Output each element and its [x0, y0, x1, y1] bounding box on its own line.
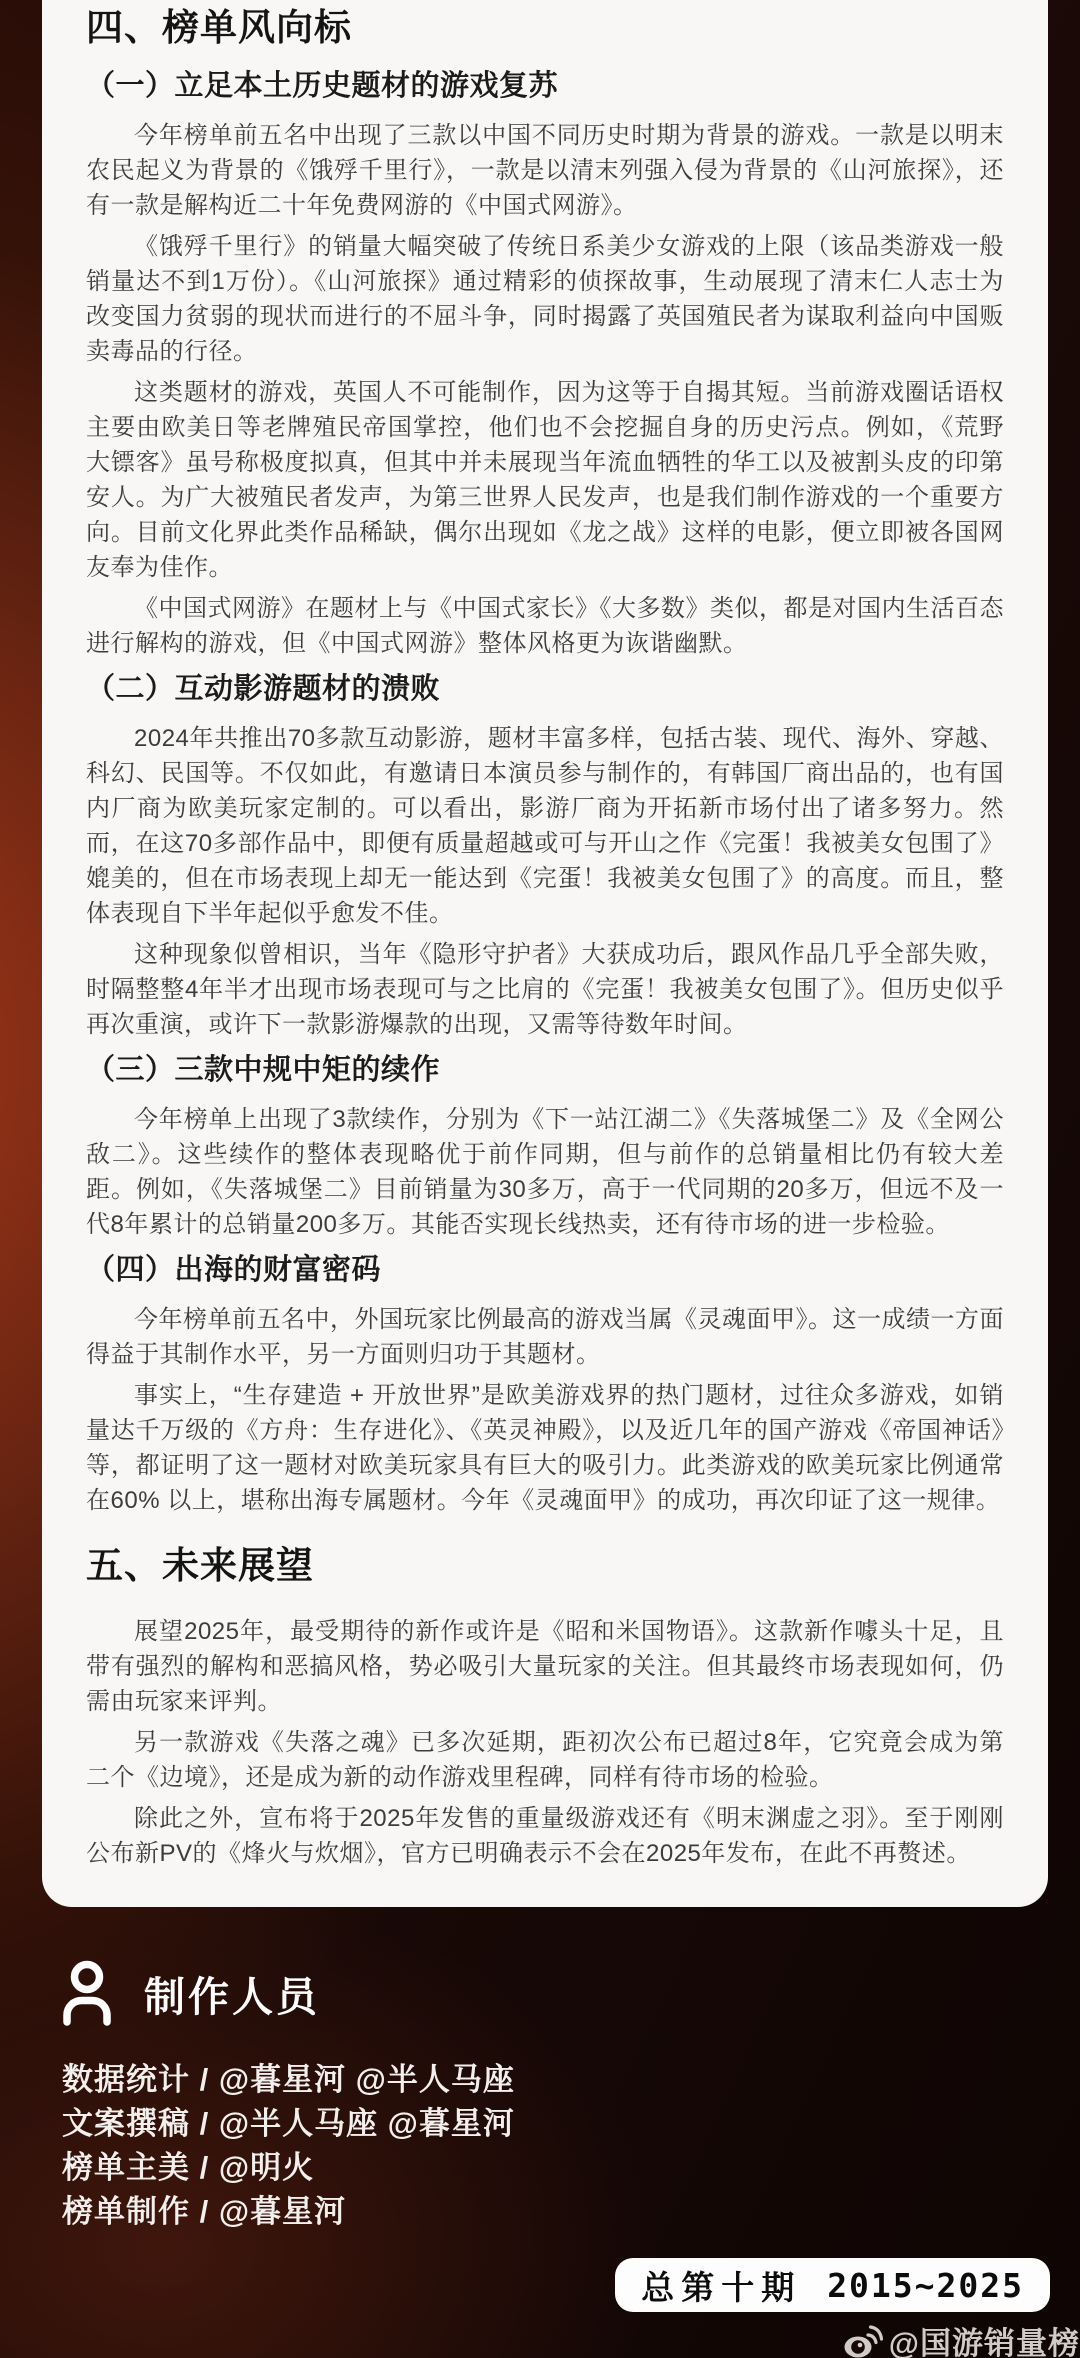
paragraph: 事实上，“生存建造 + 开放世界”是欧美游戏界的热门题材，过往众多游戏，如销量达… [86, 1378, 1004, 1518]
paragraph: 今年榜单前五名中出现了三款以中国不同历史时期为背景的游戏。一款是以明末农民起义为… [86, 118, 1004, 223]
content-card: 四、榜单风向标 （一）立足本土历史题材的游戏复苏 今年榜单前五名中出现了三款以中… [42, 0, 1048, 1907]
section-heading-2: （二）互动影游题材的溃败 [86, 667, 1004, 711]
paragraph: 今年榜单上出现了3款续作，分别为《下一站江湖二》《失落城堡二》及《全网公敌二》。… [86, 1102, 1004, 1242]
paragraph: 2024年共推出70多款互动影游，题材丰富多样，包括古装、现代、海外、穿越、科幻… [86, 721, 1004, 931]
paragraph: 展望2025年，最受期待的新作或许是《昭和米国物语》。这款新作噱头十足，且带有强… [86, 1614, 1004, 1719]
credits-header: 制作人员 [60, 1960, 320, 2026]
issue-label: 总第十期 [641, 2262, 801, 2309]
section-heading-3: （三）三款中规中矩的续作 [86, 1048, 1004, 1092]
page-background: { "article": { "blocks": [ {"type":"h1",… [0, 0, 1080, 2358]
weibo-icon [843, 2323, 883, 2358]
major-heading-5: 五、未来展望 [86, 1542, 1004, 1590]
year-range-label: 2015~2025 [827, 2266, 1024, 2305]
credit-line: 文案撰稿 / @半人马座 @暮星河 [62, 2102, 515, 2146]
credits-list: 数据统计 / @暮星河 @半人马座 文案撰稿 / @半人马座 @暮星河 榜单主美… [62, 2058, 515, 2234]
paragraph: 《中国式网游》在题材上与《中国式家长》《大多数》类似，都是对国内生活百态进行解构… [86, 591, 1004, 661]
issue-badge: 总第十期 2015~2025 [615, 2258, 1050, 2312]
section-heading-1: （一）立足本土历史题材的游戏复苏 [86, 64, 1004, 108]
weibo-watermark: @国游销量榜 [843, 2318, 1080, 2358]
paragraph: 这种现象似曾相识，当年《隐形守护者》大获成功后，跟风作品几乎全部失败，时隔整整4… [86, 937, 1004, 1042]
paragraph: 另一款游戏《失落之魂》已多次延期，距初次公布已超过8年，它究竟会成为第二个《边境… [86, 1725, 1004, 1795]
paragraph: 除此之外，宣布将于2025年发售的重量级游戏还有《明末渊虚之羽》。至于刚刚公布新… [86, 1801, 1004, 1871]
section-heading-4: （四）出海的财富密码 [86, 1248, 1004, 1292]
watermark-handle: @国游销量榜 [889, 2318, 1080, 2358]
credit-line: 数据统计 / @暮星河 @半人马座 [62, 2058, 515, 2102]
paragraph: 今年榜单前五名中，外国玩家比例最高的游戏当属《灵魂面甲》。这一成绩一方面得益于其… [86, 1302, 1004, 1372]
paragraph: 这类题材的游戏，英国人不可能制作，因为这等于自揭其短。当前游戏圈话语权主要由欧美… [86, 375, 1004, 585]
credit-line: 榜单主美 / @明火 [62, 2146, 515, 2190]
major-heading-4: 四、榜单风向标 [86, 4, 1004, 52]
paragraph: 《饿殍千里行》的销量大幅突破了传统日系美少女游戏的上限（该品类游戏一般销量达不到… [86, 229, 1004, 369]
person-icon [60, 1960, 114, 2026]
article: 四、榜单风向标 （一）立足本土历史题材的游戏复苏 今年榜单前五名中出现了三款以中… [86, 4, 1004, 1871]
credit-line: 榜单制作 / @暮星河 [62, 2190, 515, 2234]
credits-title: 制作人员 [144, 1964, 320, 2023]
